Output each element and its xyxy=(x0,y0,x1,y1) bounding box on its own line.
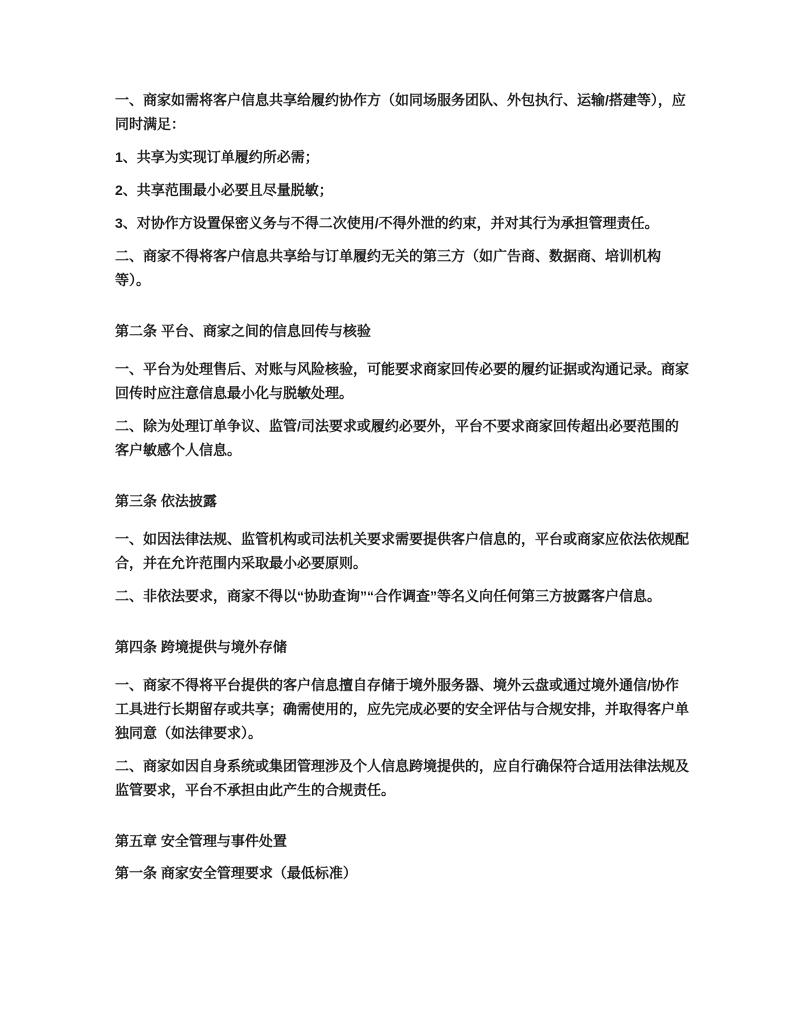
section-heading: 第二条 平台、商家之间的信息回传与核验 xyxy=(115,319,691,343)
section-heading: 第三条 依法披露 xyxy=(115,489,691,513)
clause-paragraph: 二、商家不得将客户信息共享给与订单履约无关的第三方（如广告商、数据商、培训机构等… xyxy=(115,244,691,292)
clause-paragraph: 一、如因法律法规、监管机构或司法机关要求需要提供客户信息的，平台或商家应依法依规… xyxy=(115,527,691,575)
clause-paragraph: 一、商家不得将平台提供的客户信息擅自存储于境外服务器、境外云盘或通过境外通信/协… xyxy=(115,673,691,745)
clause-paragraph: 一、平台为处理售后、对账与风险核验，可能要求商家回传必要的履约证据或沟通记录。商… xyxy=(115,357,691,405)
article-heading: 第一条 商家安全管理要求（最低标准） xyxy=(115,861,691,885)
list-item: 3、对协作方设置保密义务与不得二次使用/不得外泄的约束，并对其行为承担管理责任。 xyxy=(115,211,691,235)
document-content: 一、商家如需将客户信息共享给履约协作方（如同场服务团队、外包执行、运输/搭建等）… xyxy=(115,88,691,885)
list-item: 1、共享为实现订单履约所必需； xyxy=(115,145,691,169)
clause-paragraph: 二、非依法要求，商家不得以“协助查询”“合作调查”等名义向任何第三方披露客户信息… xyxy=(115,584,691,608)
chapter-heading: 第五章 安全管理与事件处置 xyxy=(115,829,691,853)
clause-paragraph: 二、除为处理订单争议、监管/司法要求或履约必要外，平台不要求商家回传超出必要范围… xyxy=(115,414,691,462)
list-item: 2、共享范围最小必要且尽量脱敏； xyxy=(115,178,691,202)
clause-paragraph: 二、商家如因自身系统或集团管理涉及个人信息跨境提供的，应自行确保符合适用法律法规… xyxy=(115,754,691,802)
clause-paragraph: 一、商家如需将客户信息共享给履约协作方（如同场服务团队、外包执行、运输/搭建等）… xyxy=(115,88,691,136)
section-heading: 第四条 跨境提供与境外存储 xyxy=(115,635,691,659)
document-page: 一、商家如需将客户信息共享给履约协作方（如同场服务团队、外包执行、运输/搭建等）… xyxy=(0,0,791,1024)
